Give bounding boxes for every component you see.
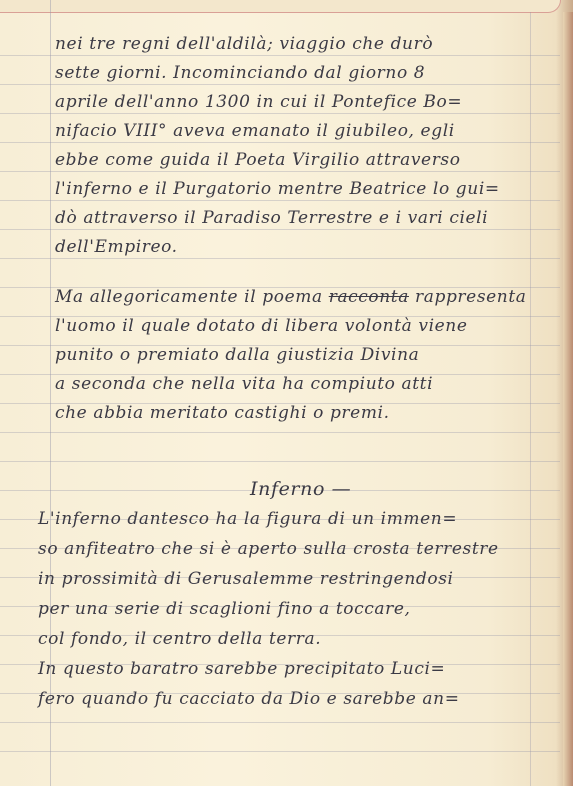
section-title: Inferno —	[250, 478, 351, 500]
ruled-line	[0, 142, 560, 143]
page-right-edge	[563, 12, 573, 786]
text-line: nei tre regni dell'aldilà; viaggio che d…	[55, 33, 433, 55]
text-line: nifacio VIII° aveva emanato il giubileo,…	[55, 120, 455, 142]
text-line: l'inferno e il Purgatorio mentre Beatric…	[55, 178, 500, 200]
notebook-page: nei tre regni dell'aldilà; viaggio che d…	[0, 0, 573, 786]
ruled-line	[0, 229, 560, 230]
text-segment: Ma allegoricamente il poema	[55, 287, 323, 307]
ruled-line	[0, 432, 560, 433]
ruled-line	[0, 55, 560, 56]
ruled-line	[0, 84, 560, 85]
text-line: ebbe come guida il Poeta Virgilio attrav…	[55, 149, 461, 171]
struck-word: racconta	[329, 287, 409, 307]
text-line: aprile dell'anno 1300 in cui il Pontefic…	[55, 91, 462, 113]
ruled-line	[0, 171, 560, 172]
text-line: sette giorni. Incominciando dal giorno 8	[55, 62, 425, 84]
ruled-line	[0, 113, 560, 114]
text-line: col fondo, il centro della terra.	[38, 628, 321, 650]
text-line-with-strikethrough: Ma allegoricamente il poema racconta rap…	[55, 286, 527, 308]
text-line: L'inferno dantesco ha la figura di un im…	[38, 508, 457, 530]
ruled-line	[0, 200, 560, 201]
text-line: che abbia meritato castighi o premi.	[55, 402, 390, 424]
ruled-line	[0, 751, 560, 752]
ruled-line	[0, 461, 560, 462]
text-line: in prossimità di Gerusalemme restringend…	[38, 568, 454, 590]
text-line: per una serie di scaglioni fino a toccar…	[38, 598, 411, 620]
text-line: dell'Empireo.	[55, 236, 178, 258]
ruled-line	[0, 258, 560, 259]
text-line: fero quando fu cacciato da Dio e sarebbe…	[38, 688, 460, 710]
text-line: dò attraverso il Paradiso Terrestre e i …	[55, 207, 488, 229]
right-margin-line	[530, 12, 531, 786]
text-line: l'uomo il quale dotato di libera volontà…	[55, 315, 468, 337]
page-top-edge	[0, 0, 561, 13]
text-line: so anfiteatro che si è aperto sulla cros…	[38, 538, 499, 560]
text-segment: rappresenta	[415, 287, 527, 307]
text-line: a seconda che nella vita ha compiuto att…	[55, 373, 433, 395]
text-line: punito o premiato dalla giustizia Divina	[55, 344, 419, 366]
ruled-line	[0, 722, 560, 723]
text-line: In questo baratro sarebbe precipitato Lu…	[38, 658, 445, 680]
